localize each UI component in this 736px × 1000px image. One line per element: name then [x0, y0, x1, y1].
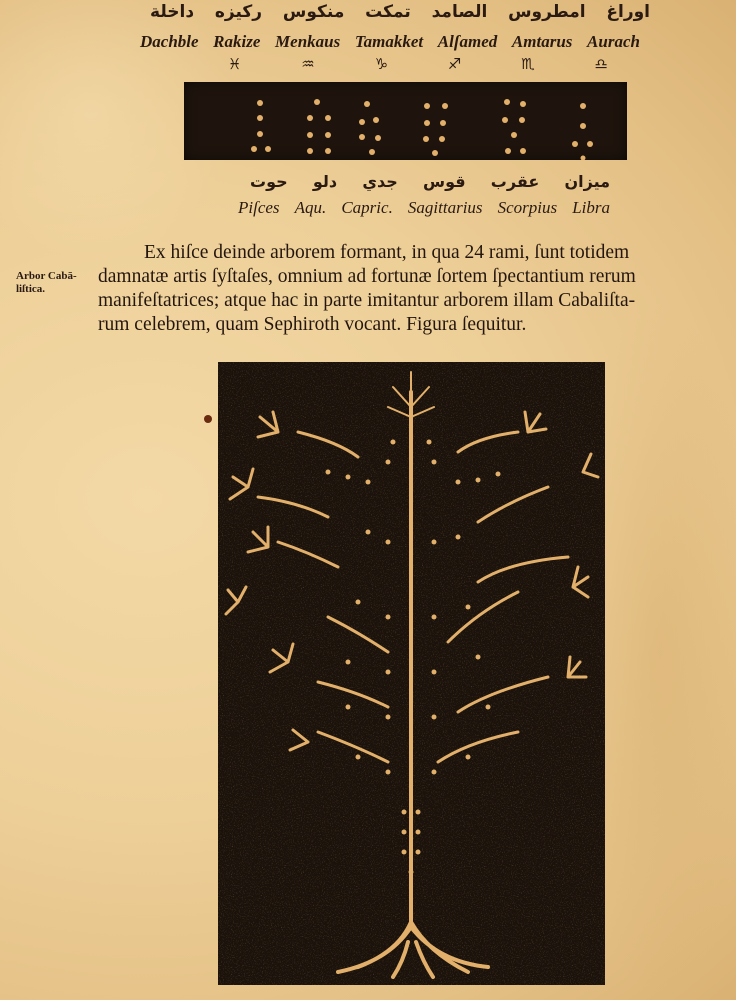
arabic-signs-row: ميزان عقرب قوس جدي دلو حوت	[250, 172, 610, 191]
capricorn-icon: ♑	[375, 55, 388, 73]
margin-note: Arbor Cabā- liſtica.	[16, 270, 86, 296]
sagittarius-icon: ♐	[448, 55, 461, 73]
latin-sign: Libra	[572, 198, 610, 218]
latin-sign: Capric.	[341, 198, 392, 218]
ink-spot	[204, 415, 212, 423]
latin-name: Tamakket	[355, 32, 423, 52]
latin-sign: Aqu.	[295, 198, 327, 218]
paragraph-line: rum celebrem, quam Sephiroth vocant. Fig…	[98, 313, 718, 337]
book-page: اوراغ امطروس الصامد تمكت منكوس ركيزه داخ…	[0, 0, 736, 1000]
pisces-icon: ♓	[228, 55, 241, 73]
latin-sign: Scorpius	[498, 198, 558, 218]
paragraph-line: manifeſtatrices; atque hac in parte imit…	[98, 289, 718, 313]
arabic-name: داخلة	[150, 2, 194, 22]
paragraph-line: Ex hiſce deinde arborem formant, in qua …	[98, 241, 718, 265]
arabic-sign: ميزان	[564, 172, 610, 191]
cabalistic-tree-woodcut	[218, 362, 605, 985]
libra-icon: ♎	[594, 55, 607, 73]
arabic-sign: حوت	[250, 172, 288, 191]
zodiac-symbols-row: ♓ ♒ ♑ ♐ ♏ ♎	[228, 55, 608, 73]
latin-name: Aurach	[587, 32, 640, 52]
scorpio-icon: ♏	[521, 55, 534, 73]
margin-note-line: Arbor Cabā-	[16, 270, 86, 283]
latin-sign: Sagittarius	[408, 198, 483, 218]
latin-names-row: Dachble Rakize Menkaus Tamakket Alſamed …	[140, 32, 640, 52]
geomantic-figures-band	[184, 82, 627, 160]
arabic-sign: عقرب	[491, 172, 539, 191]
latin-name: Amtarus	[512, 32, 572, 52]
arabic-sign: قوس	[423, 172, 466, 191]
margin-note-line: liſtica.	[16, 283, 86, 296]
aquarius-icon: ♒	[301, 55, 314, 73]
latin-sign: Piſces	[238, 198, 280, 218]
arabic-name: ركيزه	[215, 2, 262, 22]
latin-name: Rakize	[213, 32, 260, 52]
arabic-sign: جدي	[362, 172, 397, 191]
arabic-names-row: اوراغ امطروس الصامد تمكت منكوس ركيزه داخ…	[150, 2, 650, 22]
arabic-name: اوراغ	[606, 2, 650, 22]
latin-signs-row: Piſces Aqu. Capric. Sagittarius Scorpius…	[238, 198, 610, 218]
arabic-name: امطروس	[508, 2, 586, 22]
latin-name: Dachble	[140, 32, 199, 52]
arabic-name: تمكت	[365, 2, 411, 22]
tree-illustration	[218, 362, 605, 985]
geomantic-figures-illustration	[184, 82, 627, 160]
latin-name: Alſamed	[438, 32, 498, 52]
arabic-name: منكوس	[283, 2, 344, 22]
paragraph-line: damnatæ artis ſyſtaſes, omnium ad fortun…	[98, 265, 718, 289]
arabic-sign: دلو	[313, 172, 337, 191]
arabic-name: الصامد	[432, 2, 488, 22]
latin-name: Menkaus	[275, 32, 340, 52]
body-paragraph: Ex hiſce deinde arborem formant, in qua …	[98, 241, 718, 337]
